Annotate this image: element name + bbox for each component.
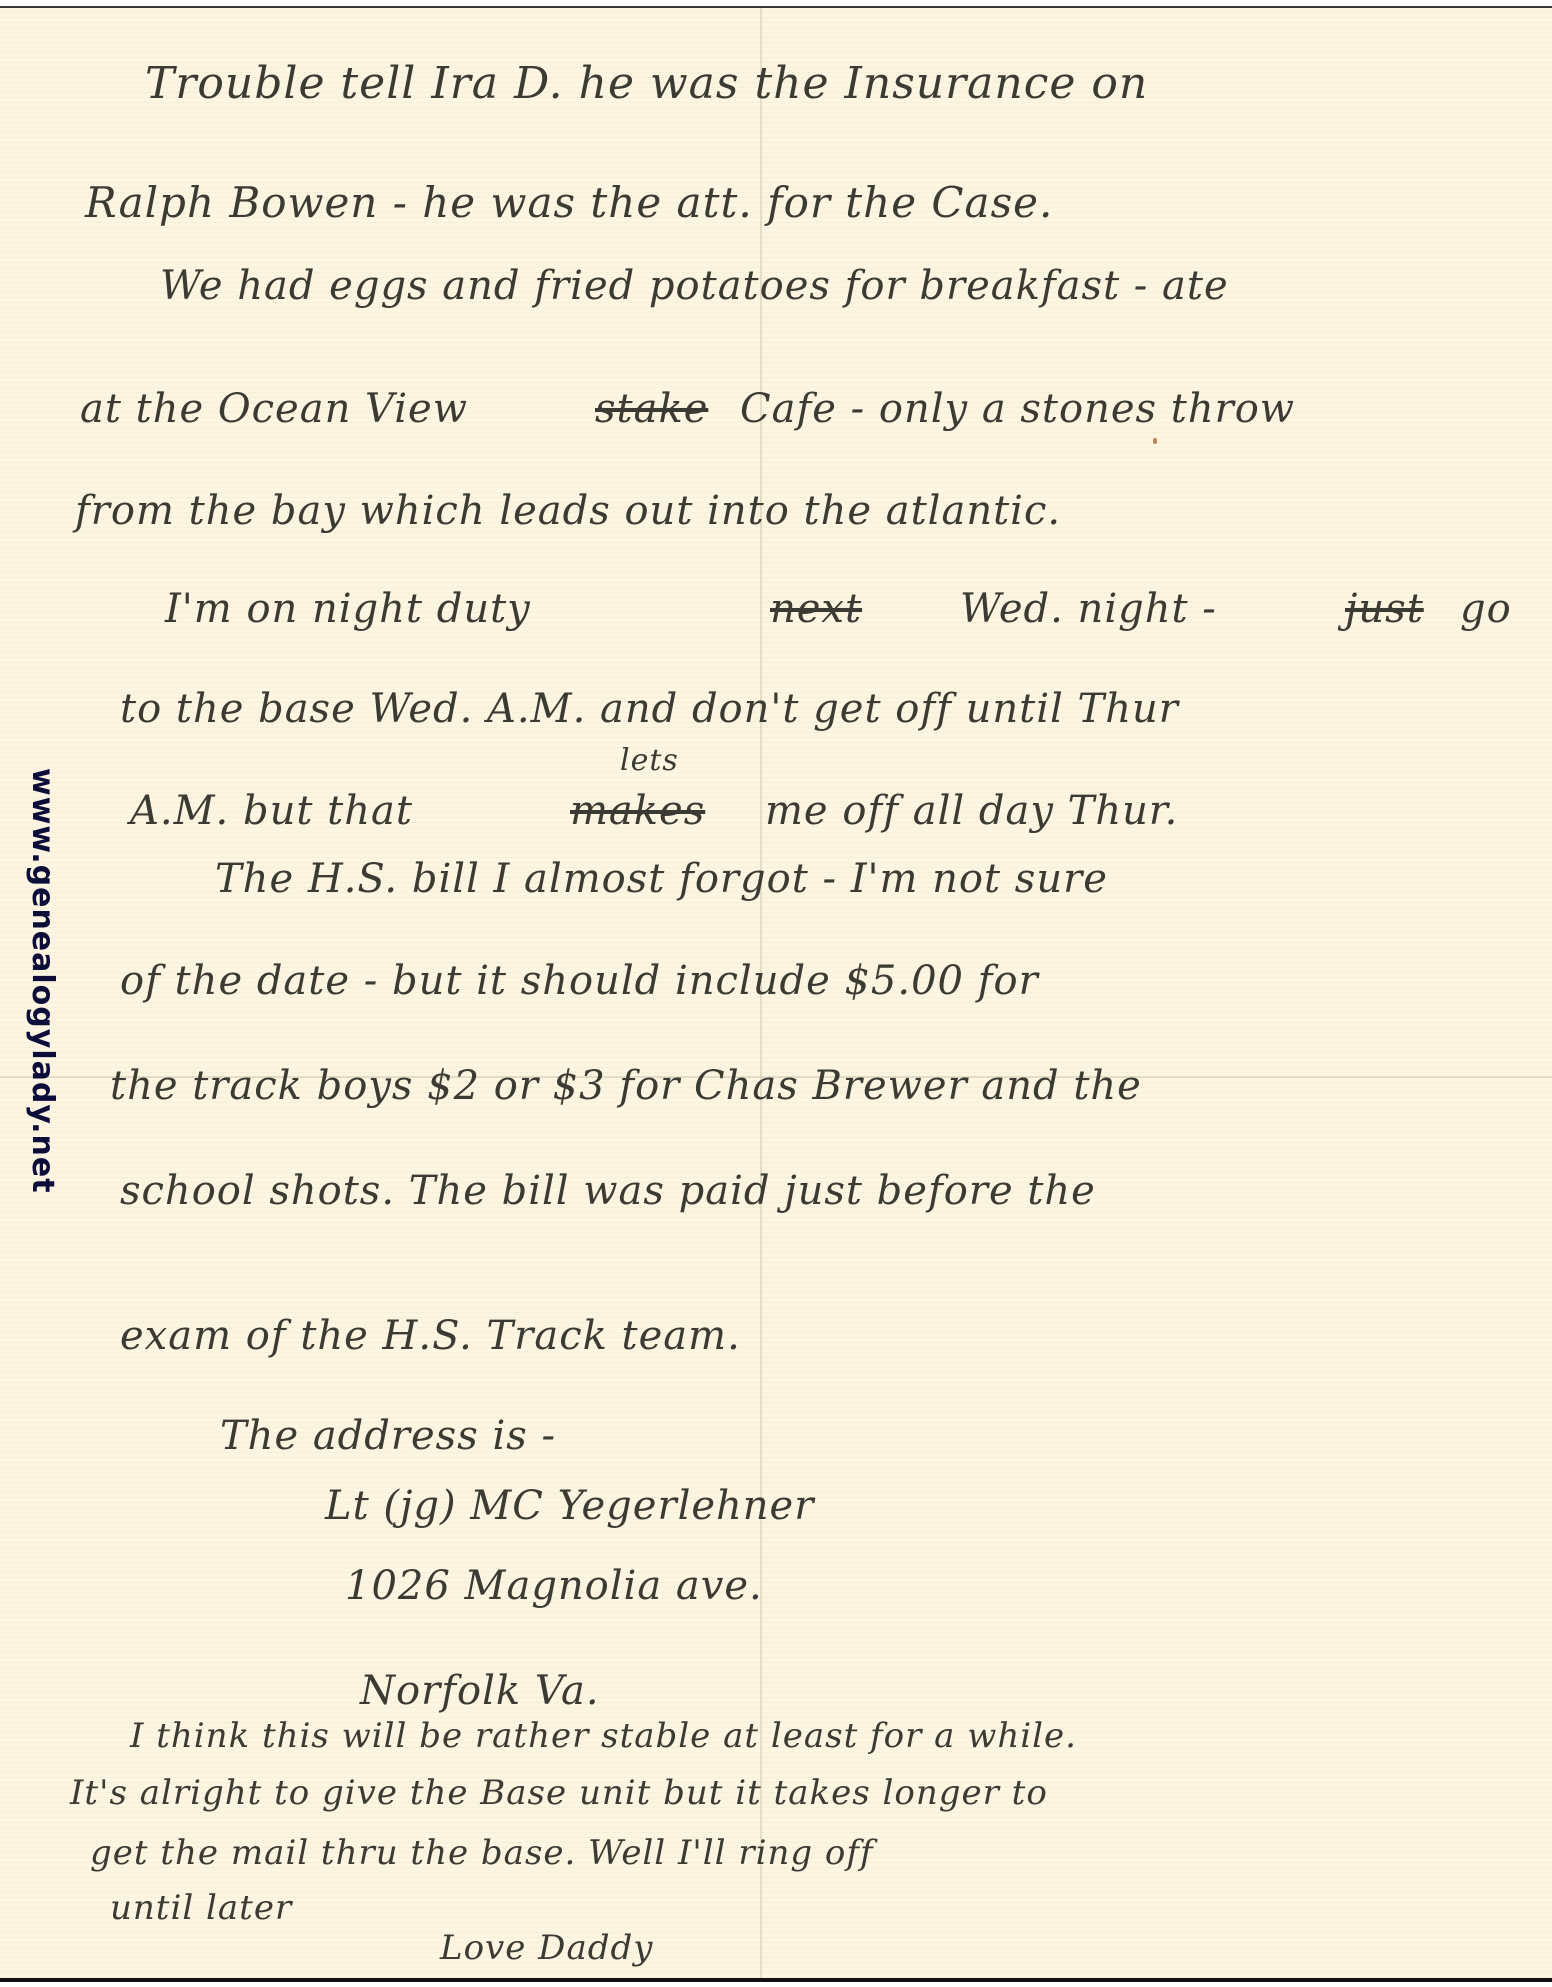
address-city: Norfolk Va. xyxy=(360,1668,600,1714)
letter-line: get the mail thru the base. Well I'll ri… xyxy=(90,1833,874,1873)
letter-line: The H.S. bill I almost forgot - I'm not … xyxy=(215,856,1108,902)
letter-line: I'm on night duty xyxy=(165,586,531,632)
letter-line: at the Ocean View xyxy=(80,386,468,432)
letter-line: to the base Wed. A.M. and don't get off … xyxy=(120,686,1179,732)
struck-word: stake xyxy=(595,386,708,432)
letter-line: Wed. night - xyxy=(960,586,1217,632)
letter-line: It's alright to give the Base unit but i… xyxy=(70,1773,1048,1813)
letter-line: until later xyxy=(110,1888,292,1928)
letter-page: www.genealogylady.net Trouble tell Ira D… xyxy=(0,6,1552,1982)
letter-line: school shots. The bill was paid just bef… xyxy=(120,1168,1096,1214)
address-name: Lt (jg) MC Yegerlehner xyxy=(325,1483,814,1529)
signature: Love Daddy xyxy=(440,1928,653,1968)
letter-line: Ralph Bowen - he was the att. for the Ca… xyxy=(85,178,1053,227)
letter-line: the track boys $2 or $3 for Chas Brewer … xyxy=(110,1063,1142,1109)
letter-line: Cafe - only a stones throw xyxy=(740,386,1295,432)
struck-word: just xyxy=(1345,586,1424,632)
letter-line: go xyxy=(1460,586,1512,632)
watermark: www.genealogylady.net xyxy=(25,768,60,1194)
letter-line: We had eggs and fried potatoes for break… xyxy=(160,263,1229,309)
address-street: 1026 Magnolia ave. xyxy=(345,1563,763,1609)
letter-line: me off all day Thur. xyxy=(765,788,1178,834)
inserted-word: lets xyxy=(620,743,679,778)
letter-line: of the date - but it should include $5.0… xyxy=(120,958,1039,1004)
ink-spot xyxy=(1153,438,1157,444)
struck-word: next xyxy=(770,586,862,632)
letter-line: from the bay which leads out into the at… xyxy=(75,488,1061,534)
letter-line: I think this will be rather stable at le… xyxy=(130,1716,1077,1756)
letter-line: Trouble tell Ira D. he was the Insurance… xyxy=(145,58,1148,109)
address-intro: The address is - xyxy=(220,1413,556,1459)
letter-line: exam of the H.S. Track team. xyxy=(120,1313,741,1359)
letter-line: A.M. but that xyxy=(130,788,413,834)
struck-word: makes xyxy=(570,788,705,834)
